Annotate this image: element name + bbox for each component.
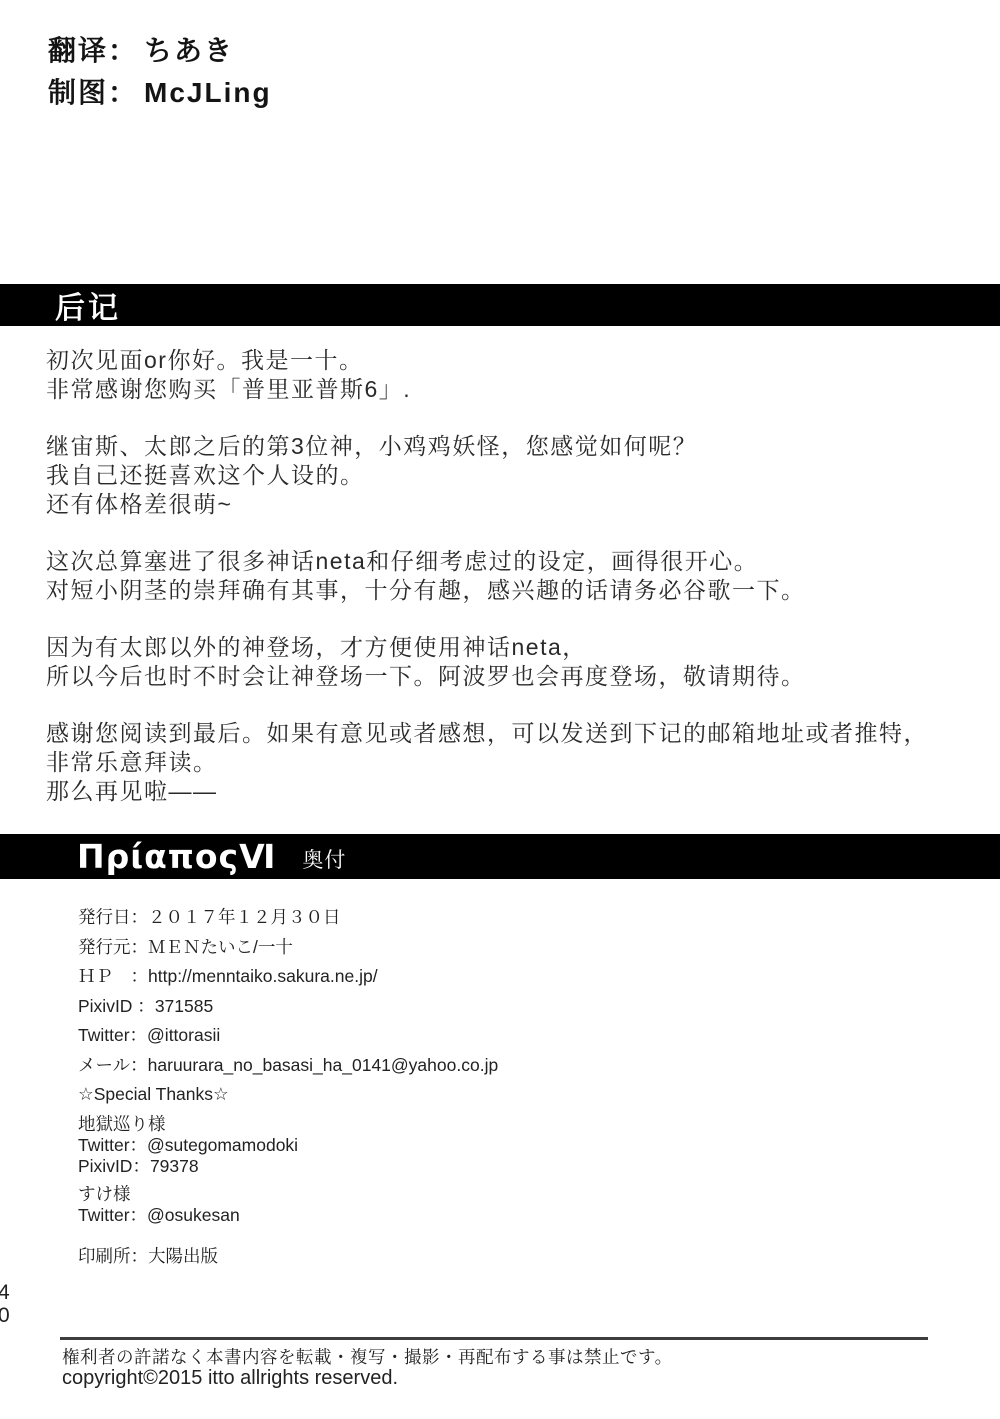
afterword-paragraph: 初次见面or你好。我是一十。 非常感谢您购买「普里亚普斯6」. bbox=[46, 346, 966, 404]
thanks-person-detail: Twitter：@osukesan bbox=[78, 1205, 498, 1226]
entry-label: ＨＰ ： bbox=[78, 966, 148, 986]
afterword-paragraph: 这次总算塞进了很多神话neta和仔细考虑过的设定，画得很开心。 对短小阴茎的崇拜… bbox=[46, 547, 966, 605]
translator-name: ちあき bbox=[144, 35, 234, 66]
afterword-line: 感谢您阅读到最后。如果有意见或者感想，可以发送到下记的邮箱地址或者推特， bbox=[46, 719, 966, 748]
colophon-body: 発行日：２０１７年１２月３０日 発行元：ＭＥＮたいこ/一十 ＨＰ ：http:/… bbox=[78, 903, 498, 1267]
thanks-person: 地獄巡り様 Twitter：@sutegomamodoki PixivID：79… bbox=[78, 1114, 498, 1176]
afterword-line: 这次总算塞进了很多神话neta和仔细考虑过的设定，画得很开心。 bbox=[46, 547, 966, 576]
afterword-line: 继宙斯、太郎之后的第3位神，小鸡鸡妖怪，您感觉如何呢？ bbox=[46, 432, 966, 461]
thanks-person: すけ様 Twitter：@osukesan bbox=[78, 1184, 498, 1226]
top-credits: 翻译：ちあき 制图：McJLing bbox=[48, 30, 272, 114]
afterword-section-bar: 后记 bbox=[0, 284, 1000, 326]
page-number-digit: 0 bbox=[0, 1304, 10, 1327]
afterword-line: 因为有太郎以外的神登场，才方便使用神话neta， bbox=[46, 633, 966, 662]
afterword-line: 那么再见啦—— bbox=[46, 777, 966, 806]
reproduction-notice: 権利者の許諾なく本書内容を転載・複写・撮影・再配布する事は禁止です。 bbox=[62, 1344, 673, 1369]
entry-value: ＭＥＮたいこ/一十 bbox=[148, 937, 293, 957]
entry-label: PixivID ： bbox=[78, 996, 155, 1016]
thanks-person-detail: PixivID：79378 bbox=[78, 1156, 498, 1177]
afterword-line: 初次见面or你好。我是一十。 bbox=[46, 346, 966, 375]
doujin-afterword-page: 翻译：ちあき 制图：McJLing 后记 初次见面or你好。我是一十。 非常感谢… bbox=[0, 0, 1000, 1419]
typesetter-name: McJLing bbox=[144, 77, 272, 108]
entry-label: 発行元： bbox=[78, 937, 148, 957]
afterword-paragraph: 感谢您阅读到最后。如果有意见或者感想，可以发送到下记的邮箱地址或者推特， 非常乐… bbox=[46, 719, 966, 806]
afterword-body: 初次见面or你好。我是一十。 非常感谢您购买「普里亚普斯6」. 继宙斯、太郎之后… bbox=[46, 346, 966, 834]
colophon-label: 奥付 bbox=[302, 844, 346, 874]
afterword-paragraph: 因为有太郎以外的神登场，才方便使用神话neta， 所以今后也时不时会让神登场一下… bbox=[46, 633, 966, 691]
afterword-title: 后记 bbox=[55, 283, 121, 327]
page-number: 4 0 bbox=[0, 1281, 10, 1327]
afterword-line: 所以今后也时不时会让神登场一下。阿波罗也会再度登场，敬请期待。 bbox=[46, 662, 966, 691]
printer-value: 大陽出版 bbox=[148, 1246, 218, 1266]
entry-value: ２０１７年１２月３０日 bbox=[148, 907, 341, 927]
afterword-paragraph: 继宙斯、太郎之后的第3位神，小鸡鸡妖怪，您感觉如何呢？ 我自己还挺喜欢这个人设的… bbox=[46, 432, 966, 519]
colophon-entry-email: メール：haruurara_no_basasi_ha_0141@yahoo.co… bbox=[78, 1051, 498, 1081]
entry-label: 発行日： bbox=[78, 907, 148, 927]
entry-value: http://menntaiko.sakura.ne.jp/ bbox=[148, 966, 378, 986]
typesetter-label: 制图： bbox=[48, 77, 138, 108]
colophon-entry-pixiv: PixivID ：371585 bbox=[78, 992, 498, 1022]
entry-label: メール： bbox=[78, 1055, 148, 1075]
printer-label: 印刷所： bbox=[78, 1246, 148, 1266]
entry-value: @ittorasii bbox=[147, 1025, 220, 1045]
copyright-notice: copyright©2015 itto allrights reserved. bbox=[62, 1367, 398, 1390]
divider-line bbox=[60, 1337, 928, 1340]
colophon-entry-publish-date: 発行日：２０１７年１２月３０日 bbox=[78, 903, 498, 933]
entry-value: 371585 bbox=[155, 996, 213, 1016]
thanks-person-name: すけ様 bbox=[78, 1184, 498, 1205]
entry-label: Twitter： bbox=[78, 1025, 147, 1045]
colophon-entry-publisher: 発行元：ＭＥＮたいこ/一十 bbox=[78, 933, 498, 963]
thanks-person-name: 地獄巡り様 bbox=[78, 1114, 498, 1135]
colophon-entry-twitter: Twitter：@ittorasii bbox=[78, 1021, 498, 1051]
afterword-line: 我自己还挺喜欢这个人设的。 bbox=[46, 461, 966, 490]
afterword-line: 非常乐意拜读。 bbox=[46, 748, 966, 777]
typesetter-credit: 制图：McJLing bbox=[48, 72, 272, 114]
thanks-person-detail: Twitter：@sutegomamodoki bbox=[78, 1135, 498, 1156]
book-title: ΠρίαποςⅥ bbox=[77, 837, 276, 876]
colophon-entry-homepage: ＨＰ ：http://menntaiko.sakura.ne.jp/ bbox=[78, 962, 498, 992]
afterword-line: 还有体格差很萌~ bbox=[46, 490, 966, 519]
colophon-section-bar: ΠρίαποςⅥ 奥付 bbox=[0, 834, 1000, 879]
printer-entry: 印刷所：大陽出版 bbox=[78, 1246, 498, 1267]
translator-credit: 翻译：ちあき bbox=[48, 30, 272, 72]
entry-value: haruurara_no_basasi_ha_0141@yahoo.co.jp bbox=[148, 1055, 499, 1075]
afterword-line: 非常感谢您购买「普里亚普斯6」. bbox=[46, 375, 966, 404]
special-thanks-heading: ☆Special Thanks☆ bbox=[78, 1082, 498, 1106]
afterword-line: 对短小阴茎的崇拜确有其事，十分有趣，感兴趣的话请务必谷歌一下。 bbox=[46, 576, 966, 605]
page-number-digit: 4 bbox=[0, 1281, 10, 1304]
translator-label: 翻译： bbox=[48, 35, 138, 66]
